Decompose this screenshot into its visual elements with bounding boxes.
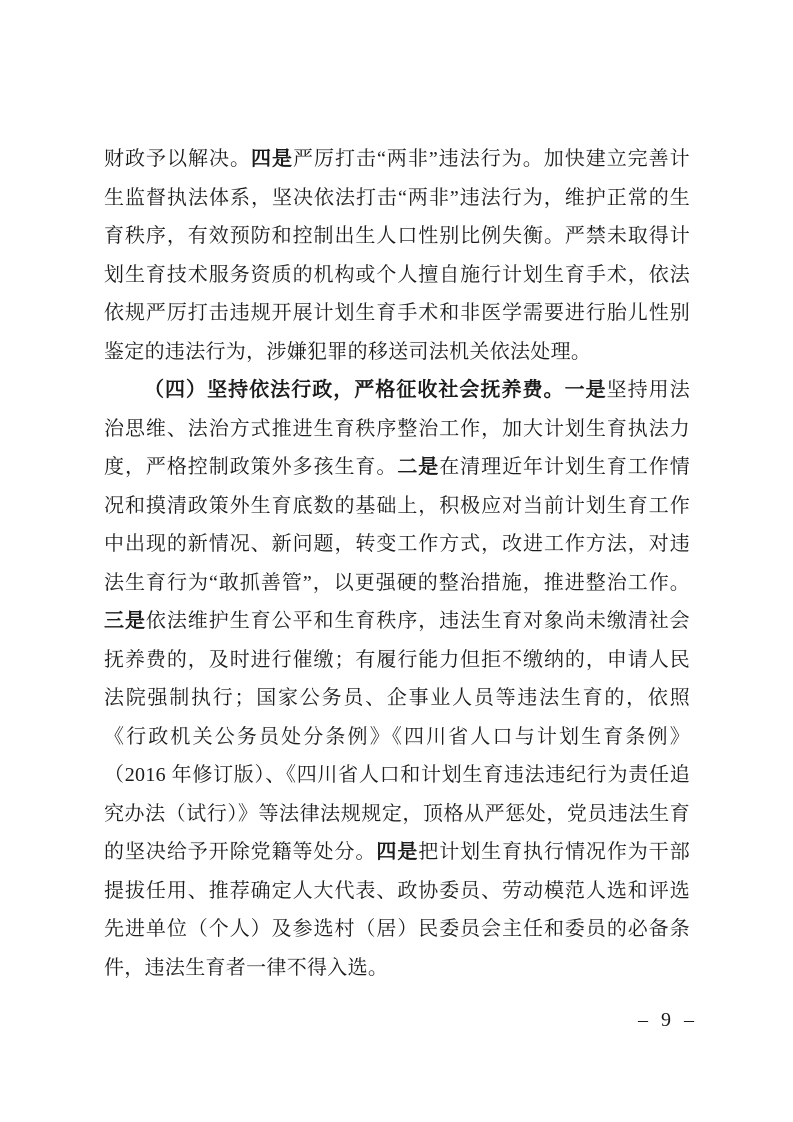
text-run: 财政予以解决。 xyxy=(104,148,251,170)
emphasis-run: 四是 xyxy=(251,148,293,170)
emphasis-run: （四）坚持依法行政，严格征收社会抚养费。 xyxy=(144,379,565,401)
paragraph: 财政予以解决。四是严厉打击“两非”违法行为。加快建立完善计生监督执法体系，坚决依… xyxy=(104,140,690,371)
emphasis-run: 一是 xyxy=(565,379,607,401)
emphasis-run: 四是 xyxy=(376,841,418,863)
document-body: 财政予以解决。四是严厉打击“两非”违法行为。加快建立完善计生监督执法体系，坚决依… xyxy=(104,140,690,987)
page-number: – 9 – xyxy=(638,1006,698,1034)
text-run: 依法维护生育公平和生育秩序，违法生育对象尚未缴清社会抚养费的，及时进行催缴；有履… xyxy=(104,610,690,863)
emphasis-run: 三是 xyxy=(104,610,146,632)
paragraph: （四）坚持依法行政，严格征收社会抚养费。一是坚持用法治思维、法治方式推进生育秩序… xyxy=(104,371,690,987)
document-page: 财政予以解决。四是严厉打击“两非”违法行为。加快建立完善计生监督执法体系，坚决依… xyxy=(0,0,793,1122)
emphasis-run: 二是 xyxy=(397,456,439,478)
text-run: 严厉打击“两非”违法行为。加快建立完善计生监督执法体系，坚决依法打击“两非”违法… xyxy=(104,148,690,363)
